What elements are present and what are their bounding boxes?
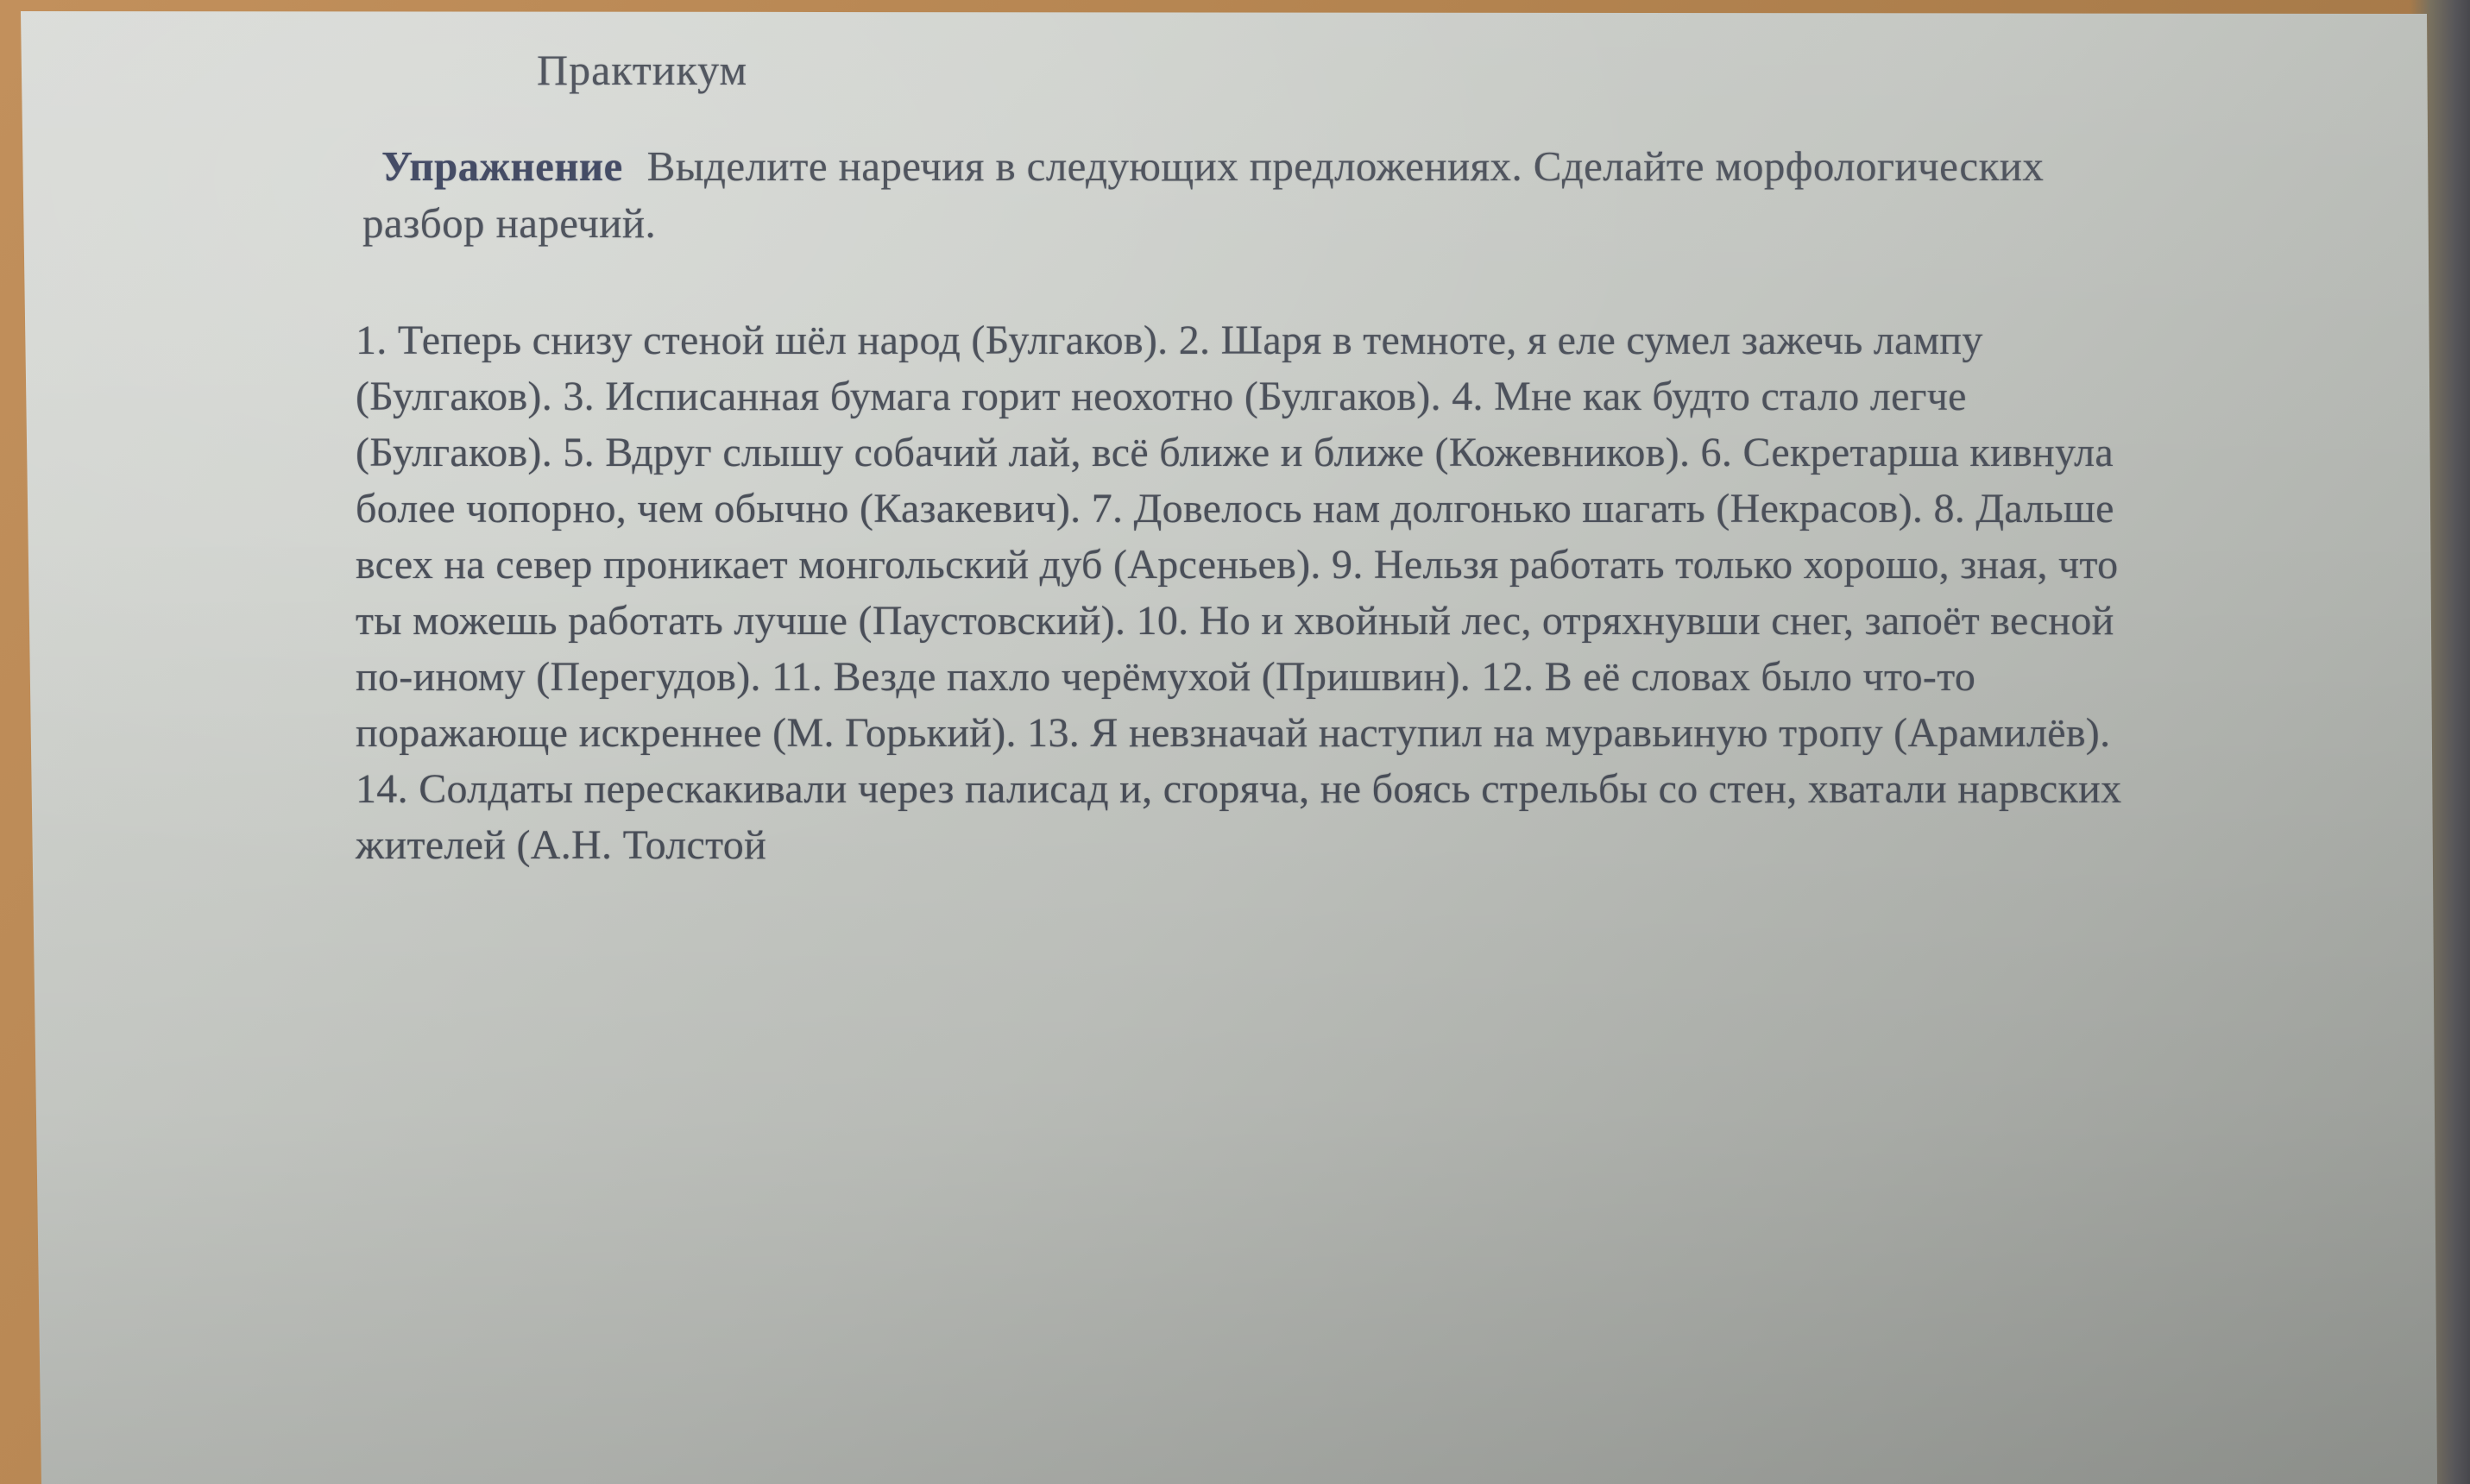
body-line: более чопорно, чем обычно (Казакевич). 7…: [356, 481, 2121, 537]
body-line: 1. Теперь снизу стеной шёл народ (Булгак…: [356, 312, 2121, 368]
body-line: (Булгаков). 5. Вдруг слышу собачий лай, …: [356, 424, 2121, 481]
instruction-line-1: Выделите наречия в следующих предложения…: [647, 142, 2045, 190]
body-line: ты можешь работать лучше (Паустовский). …: [356, 593, 2121, 649]
instruction-line-2: разбор наречий.: [362, 195, 2044, 252]
exercise-instruction: УпражнениеВыделите наречия в следующих п…: [362, 138, 2044, 252]
photo-of-worksheet: Практикум УпражнениеВыделите наречия в с…: [0, 0, 2470, 1484]
body-line: 14. Солдаты перескакивали через палисад …: [356, 761, 2121, 817]
paper-sheet: Практикум УпражнениеВыделите наречия в с…: [0, 0, 2470, 1484]
page-title: Практикум: [537, 45, 747, 95]
body-line: (Булгаков). 3. Исписанная бумага горит н…: [356, 368, 2121, 424]
body-line: поражающе искреннее (М. Горький). 13. Я …: [356, 705, 2121, 761]
body-line: по-иному (Перегудов). 11. Везде пахло че…: [356, 649, 2121, 705]
body-line: жителей (А.Н. Толстой: [356, 817, 2121, 873]
exercise-label: Упражнение: [362, 142, 623, 190]
body-paragraph: 1. Теперь снизу стеной шёл народ (Булгак…: [356, 312, 2121, 873]
body-line: всех на север проникает монгольский дуб …: [356, 537, 2121, 593]
